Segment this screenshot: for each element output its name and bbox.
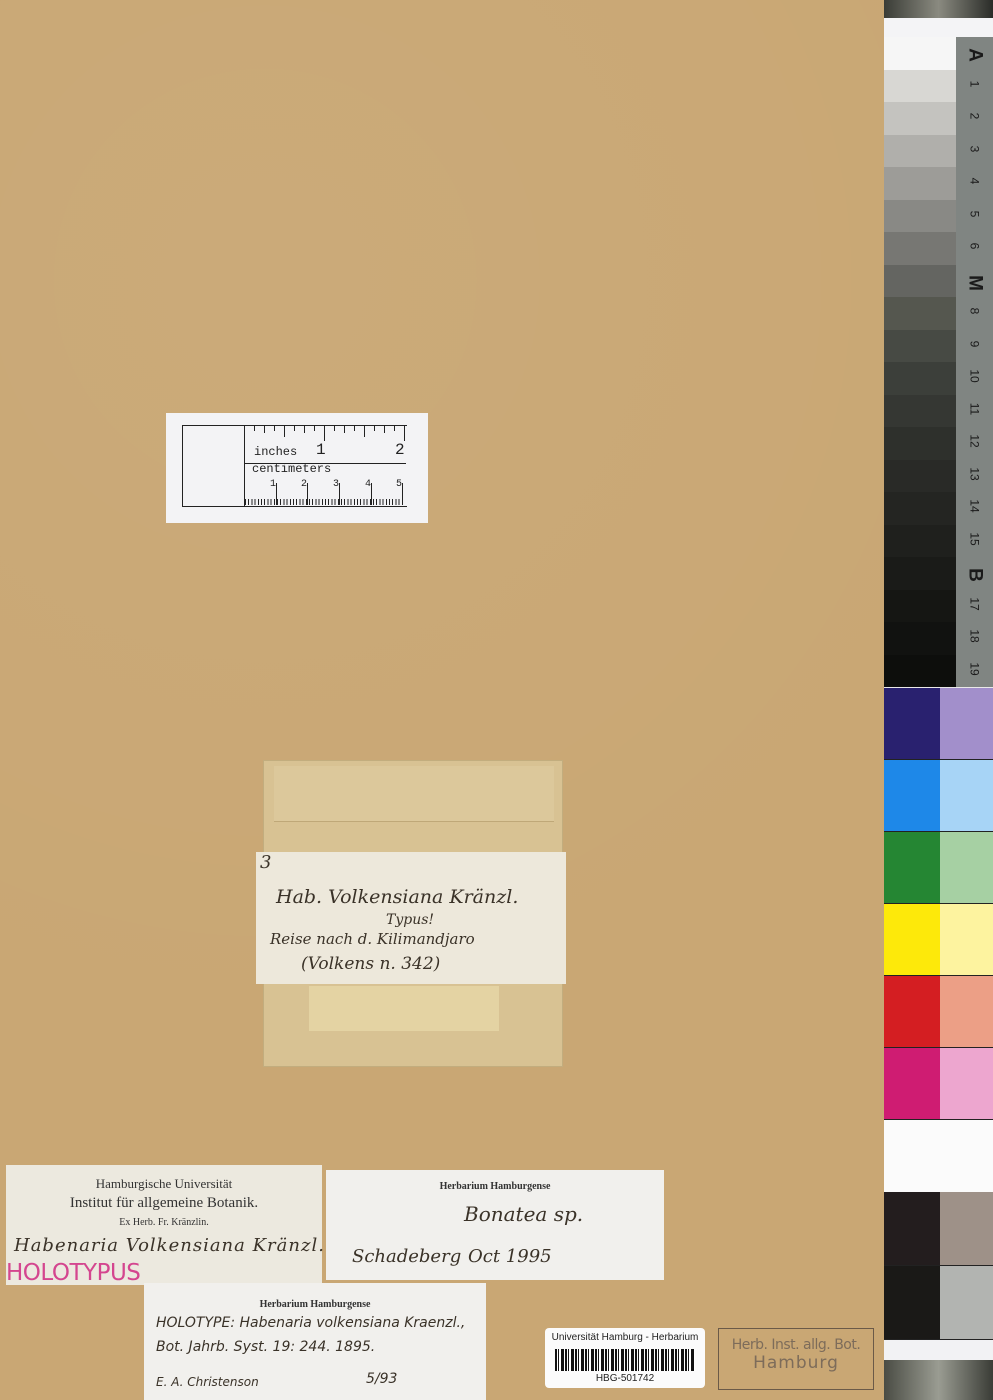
gray-step	[884, 427, 956, 460]
stamp-line1: Herb. Inst. allg. Bot.	[719, 1337, 873, 1353]
determination-header: Herbarium Hamburgense	[326, 1181, 664, 1192]
color-patch	[884, 688, 941, 760]
gray-step	[884, 37, 956, 70]
color-patch	[884, 832, 941, 904]
cm-number: 3	[333, 479, 339, 490]
packet-contents	[309, 986, 499, 1031]
gray-step	[884, 590, 956, 623]
chart-bottom-edge	[884, 1360, 993, 1400]
determination-label: Herbarium Hamburgense Bonatea sp. Schade…	[326, 1170, 664, 1280]
gray-step	[884, 655, 956, 688]
label-number: 3	[260, 852, 271, 873]
inches-label: inches	[254, 445, 297, 459]
gray-scale-labels: A123456M89101112131415B171819	[956, 37, 993, 687]
stamp-line2: Hamburg	[719, 1353, 873, 1373]
holotype-date: 5/93	[366, 1371, 397, 1387]
gray-step	[884, 330, 956, 363]
university-name: Hamburgische Universität	[6, 1176, 322, 1192]
scale-label: 2	[968, 98, 982, 135]
color-patch	[940, 976, 993, 1048]
determination-taxon: Bonatea sp.	[464, 1202, 583, 1226]
dark-patch	[940, 1266, 993, 1340]
gray-step	[884, 460, 956, 493]
scale-label: 6	[968, 228, 982, 265]
scale-label: 10	[968, 358, 982, 395]
chart-white-strip-bottom	[884, 1340, 993, 1360]
barcode-label[interactable]: Universität Hamburg - Herbarium HBG-5017…	[545, 1328, 705, 1388]
label-locality: Reise nach d. Kilimandjaro	[270, 930, 475, 948]
determiner-name: Schadeberg	[352, 1246, 461, 1267]
scale-label: 19	[968, 650, 982, 687]
dark-patch	[884, 1266, 940, 1340]
chart-white-strip	[884, 18, 993, 37]
inch-number: 1	[316, 441, 326, 459]
color-patch	[940, 832, 993, 904]
color-patch	[884, 760, 941, 832]
determination-date: Oct 1995	[468, 1246, 552, 1267]
gray-step	[884, 492, 956, 525]
institute-name: Institut für allgemeine Botanik.	[6, 1195, 322, 1212]
holotype-header: Herbarium Hamburgense	[144, 1299, 486, 1310]
gray-step	[884, 265, 956, 298]
dark-patch	[884, 1192, 940, 1266]
scale-label: 4	[968, 163, 982, 200]
label-collector: (Volkens n. 342)	[301, 954, 440, 974]
ex-herb-line: Ex Herb. Fr. Kränzlin.	[6, 1217, 322, 1228]
gray-step	[884, 167, 956, 200]
gray-step	[884, 395, 956, 428]
dark-patch	[940, 1192, 993, 1266]
original-collection-label: 3 Hab. Volkensiana Kränzl. Typus! Reise …	[256, 852, 566, 984]
chart-top-edge	[884, 0, 993, 18]
gray-step	[884, 200, 956, 233]
gray-step	[884, 557, 956, 590]
scale-label: 18	[968, 618, 982, 655]
color-patch	[884, 1048, 941, 1120]
cm-number: 2	[301, 479, 307, 490]
gray-step	[884, 622, 956, 655]
holotype-line1: HOLOTYPE: Habenaria volkensiana Kraenzl.…	[156, 1315, 465, 1331]
inch-number: 2	[395, 441, 405, 459]
gray-step	[884, 135, 956, 168]
gray-step	[884, 362, 956, 395]
packet-flap	[274, 766, 554, 822]
color-patch	[884, 976, 941, 1048]
scale-ruler: inches 1 2 centimeters 1 2 3 4 5	[166, 413, 428, 523]
color-patch	[940, 760, 993, 832]
holotype-annotation-label: Herbarium Hamburgense HOLOTYPE: Habenari…	[144, 1283, 486, 1400]
cm-number: 5	[396, 479, 402, 490]
white-patch	[884, 1120, 993, 1192]
gray-step	[884, 297, 956, 330]
gray-step	[884, 232, 956, 265]
herbarium-sheet: inches 1 2 centimeters 1 2 3 4 5 3 Hab. …	[0, 0, 884, 1400]
holotype-citation: Bot. Jahrb. Syst. 19: 244. 1895.	[156, 1339, 375, 1355]
label-typus: Typus!	[386, 912, 434, 928]
catalog-number: HBG-501742	[545, 1373, 705, 1384]
color-patch	[940, 904, 993, 976]
centimeters-label: centimeters	[252, 462, 331, 476]
color-calibration-chart: A123456M89101112131415B171819	[884, 0, 993, 1400]
barcode	[555, 1349, 695, 1371]
institution-stamp: Herb. Inst. allg. Bot. Hamburg	[718, 1328, 874, 1390]
scale-label: 8	[968, 293, 982, 330]
color-patch	[940, 688, 993, 760]
scale-label: 14	[968, 488, 982, 525]
color-patch	[884, 904, 941, 976]
cm-number: 4	[365, 479, 371, 490]
cm-number: 1	[270, 479, 276, 490]
holotype-author: E. A. Christenson	[156, 1375, 259, 1389]
color-patch	[940, 1048, 993, 1120]
scale-label: 15	[968, 520, 982, 557]
label-taxon: Hab. Volkensiana Kränzl.	[276, 886, 518, 908]
gray-step	[884, 70, 956, 103]
scale-label: 12	[968, 423, 982, 460]
gray-step	[884, 525, 956, 558]
gray-step	[884, 102, 956, 135]
holotypus-stamp: HOLOTYPUS	[6, 1260, 140, 1286]
barcode-title: Universität Hamburg - Herbarium	[545, 1332, 705, 1343]
handwritten-taxon: Habenaria Volkensiana Kränzl.	[14, 1235, 325, 1256]
